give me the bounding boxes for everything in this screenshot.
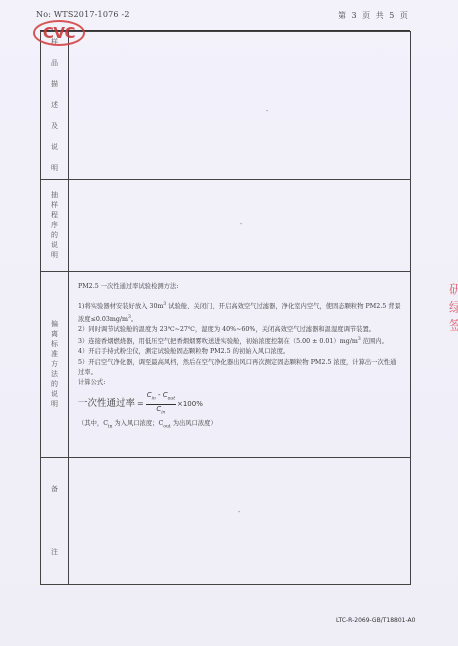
formula-fraction: Cin - Cout Cin xyxy=(146,391,176,417)
method-title: PM2.5 一次性通过率试验检测方法: xyxy=(78,282,402,292)
label-char: 偏 xyxy=(51,321,58,328)
label-sampling-procedure: 抽 样 程 序 的 说 明 xyxy=(41,180,69,272)
cell-sample-description: - xyxy=(69,32,411,180)
label-char: 的 xyxy=(51,381,58,388)
label-char: 的 xyxy=(51,232,58,239)
empty-marker: - xyxy=(240,220,242,228)
formula-note: （其中，Cin 为入风口浓度；Cout 为出风口浓度） xyxy=(78,419,402,432)
label-char: 方 xyxy=(51,361,58,368)
method-step-2: 2）同时调节试验舱的温度为 23℃~27℃，湿度为 40%~60%，关闭高效空气… xyxy=(78,325,402,335)
method-step-4: 4）开启手持式粉尘仪，测定试验舱固态颗粒物 PM2.5 的初始入风口浓度。 xyxy=(78,347,402,357)
cvc-logo: CVC xyxy=(33,20,85,46)
report-number: No: WTS2017-1076 -2 xyxy=(36,10,130,19)
label-char: 说 xyxy=(51,391,58,398)
label-char: 序 xyxy=(51,222,58,229)
label-char: 法 xyxy=(51,371,58,378)
label-char: 备 xyxy=(51,486,58,493)
method-step-3: 3）连接香烟燃烧器，用低压空气把香烟烟雾吹送进实验舱，初始浓度控制在（5.00 … xyxy=(78,335,402,347)
label-char: 明 xyxy=(51,252,58,259)
empty-marker: - xyxy=(266,107,268,115)
label-char: 明 xyxy=(51,401,58,408)
cell-remarks: - xyxy=(69,458,411,585)
document-code: LTC-R-2069-GB/T18801-A0 xyxy=(336,617,415,624)
label-char: 描 xyxy=(51,81,58,88)
row-sampling-procedure: 抽 样 程 序 的 说 明 - xyxy=(41,180,411,272)
empty-marker: - xyxy=(238,508,240,516)
label-char: 述 xyxy=(51,102,58,109)
label-char: 说 xyxy=(51,242,58,249)
row-sample-description: 样 品 描 述 及 说 明 - xyxy=(41,32,411,180)
method-step-5: 5）开启空气净化器，调至最高风档，然后在空气净化器出风口再次测定固态颗粒物 PM… xyxy=(78,358,402,378)
label-char: 说 xyxy=(51,144,58,151)
label-char: 标 xyxy=(51,341,58,348)
report-table: 样 品 描 述 及 说 明 - 抽 样 程 序 的 xyxy=(40,31,411,585)
label-char: 程 xyxy=(51,212,58,219)
label-char: 准 xyxy=(51,351,58,358)
row-deviation-from-standard: 偏 离 标 准 方 法 的 说 明 PM2.5 一次性通过率试验检测方法: 1)… xyxy=(41,272,411,458)
pass-rate-formula: 一次性通过率 = Cin - Cout Cin ×100% xyxy=(78,391,402,417)
formula-label: 计算公式: xyxy=(78,378,402,388)
label-char: 明 xyxy=(51,165,58,172)
label-char: 品 xyxy=(51,60,58,67)
seal-stamp: 研 绿 签 xyxy=(449,282,458,357)
label-char: 样 xyxy=(51,202,58,209)
label-remarks: 备 注 xyxy=(41,458,69,585)
page-indicator: 第 3 页 共 5 页 xyxy=(338,10,408,21)
label-sample-description: 样 品 描 述 及 说 明 xyxy=(41,32,69,180)
label-char: 离 xyxy=(51,331,58,338)
row-remarks: 备 注 - xyxy=(41,458,411,585)
document-page: No: WTS2017-1076 -2 第 3 页 共 5 页 CVC 样 品 … xyxy=(0,0,458,646)
cell-sampling-procedure: - xyxy=(69,180,411,272)
cell-test-method: PM2.5 一次性通过率试验检测方法: 1)将实验器材安装好放入 30m3 试验… xyxy=(69,272,411,458)
label-deviation-from-standard: 偏 离 标 准 方 法 的 说 明 xyxy=(41,272,69,458)
method-step-1: 1)将实验器材安装好放入 30m3 试验舱、关闭门、开启高效空气过滤器，净化室内… xyxy=(78,300,402,325)
label-char: 抽 xyxy=(51,192,58,199)
label-char: 及 xyxy=(51,123,58,130)
label-char: 注 xyxy=(51,549,58,556)
